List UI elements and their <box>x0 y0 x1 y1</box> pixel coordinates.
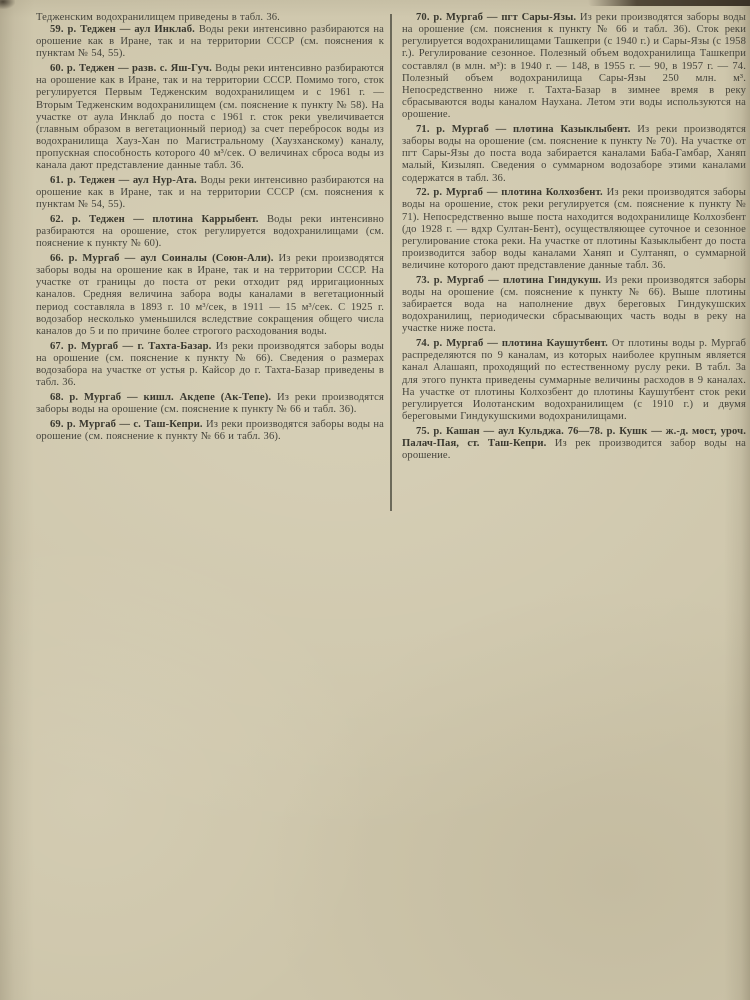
entry-heading: 67. р. Мургаб — г. Тахта-Базар. <box>50 341 211 352</box>
entry-heading: 72. р. Мургаб — плотина Колхозбент. <box>416 187 603 198</box>
scan-edge-mark <box>0 0 15 9</box>
entry-heading: 73. р. Мургаб — плотина Гиндукуш. <box>416 275 601 286</box>
entry-heading: 66. р. Мургаб — аул Соиналы (Союн-Али). <box>50 253 273 264</box>
entry-heading: 61. р. Теджен — аул Нур-Ата. <box>50 175 197 186</box>
entry-body: От плотины воды р. Мургаб распределяются… <box>402 338 746 422</box>
entry-heading: 70. р. Мургаб — пгт Сары-Язы. <box>416 12 576 23</box>
entry: 73. р. Мургаб — плотина Гиндукуш. Из рек… <box>402 275 746 336</box>
right-column: 70. р. Мургаб — пгт Сары-Язы. Из реки пр… <box>402 12 746 462</box>
entry-heading: 60. р. Теджен — разв. с. Яш-Гуч. <box>50 63 212 74</box>
entry-body: Из реки производятся заборы воды на орош… <box>36 253 384 337</box>
column-divider-rule <box>390 14 392 511</box>
entry: 67. р. Мургаб — г. Тахта-Базар. Из реки … <box>36 341 384 390</box>
entry-heading: 74. р. Мургаб — плотина Каушутбент. <box>416 338 608 349</box>
entry: 70. р. Мургаб — пгт Сары-Язы. Из реки пр… <box>402 12 746 121</box>
entry: 59. р. Теджен — аул Инклаб. Воды реки ин… <box>36 24 384 60</box>
entry: 60. р. Теджен — разв. с. Яш-Гуч. Воды ре… <box>36 63 384 172</box>
scanned-book-page: { "colors": { "paper": "#cdc5aa", "ink":… <box>0 0 750 1000</box>
entry: 75. р. Кашан — аул Кульджа. 76—78. р. Ку… <box>402 426 746 462</box>
left-column: Тедженским водохранилищем приведены в та… <box>36 12 384 443</box>
entry: 62. р. Теджен — плотина Каррыбент. Воды … <box>36 214 384 250</box>
entry: 71. р. Мургаб — плотина Казыклыбент. Из … <box>402 124 746 185</box>
entry-body: Из реки производятся заборы воды на орош… <box>402 187 746 271</box>
entry-body: Из реки производятся заборы воды на орош… <box>402 12 746 120</box>
entry-heading: 71. р. Мургаб — плотина Казыклыбент. <box>416 124 631 135</box>
entry-heading: 69. р. Мургаб — с. Таш-Кепри. <box>50 419 203 430</box>
entry: 69. р. Мургаб — с. Таш-Кепри. Из реки пр… <box>36 419 384 443</box>
entry-heading: 62. р. Теджен — плотина Каррыбент. <box>50 214 259 225</box>
entry: 66. р. Мургаб — аул Соиналы (Союн-Али). … <box>36 253 384 338</box>
scan-edge-shadow <box>588 0 750 6</box>
entry: 74. р. Мургаб — плотина Каушутбент. От п… <box>402 338 746 423</box>
entry: 61. р. Теджен — аул Нур-Ата. Воды реки и… <box>36 175 384 211</box>
continuation-paragraph: Тедженским водохранилищем приведены в та… <box>36 12 384 24</box>
entry-heading: 59. р. Теджен — аул Инклаб. <box>50 24 195 35</box>
entry-heading: 68. р. Мургаб — кишл. Акдепе (Ак-Тепе). <box>50 392 271 403</box>
entry: 72. р. Мургаб — плотина Колхозбент. Из р… <box>402 187 746 272</box>
entry-body: Воды реки интенсивно разбираются на орош… <box>36 63 384 171</box>
entry: 68. р. Мургаб — кишл. Акдепе (Ак-Тепе). … <box>36 392 384 416</box>
